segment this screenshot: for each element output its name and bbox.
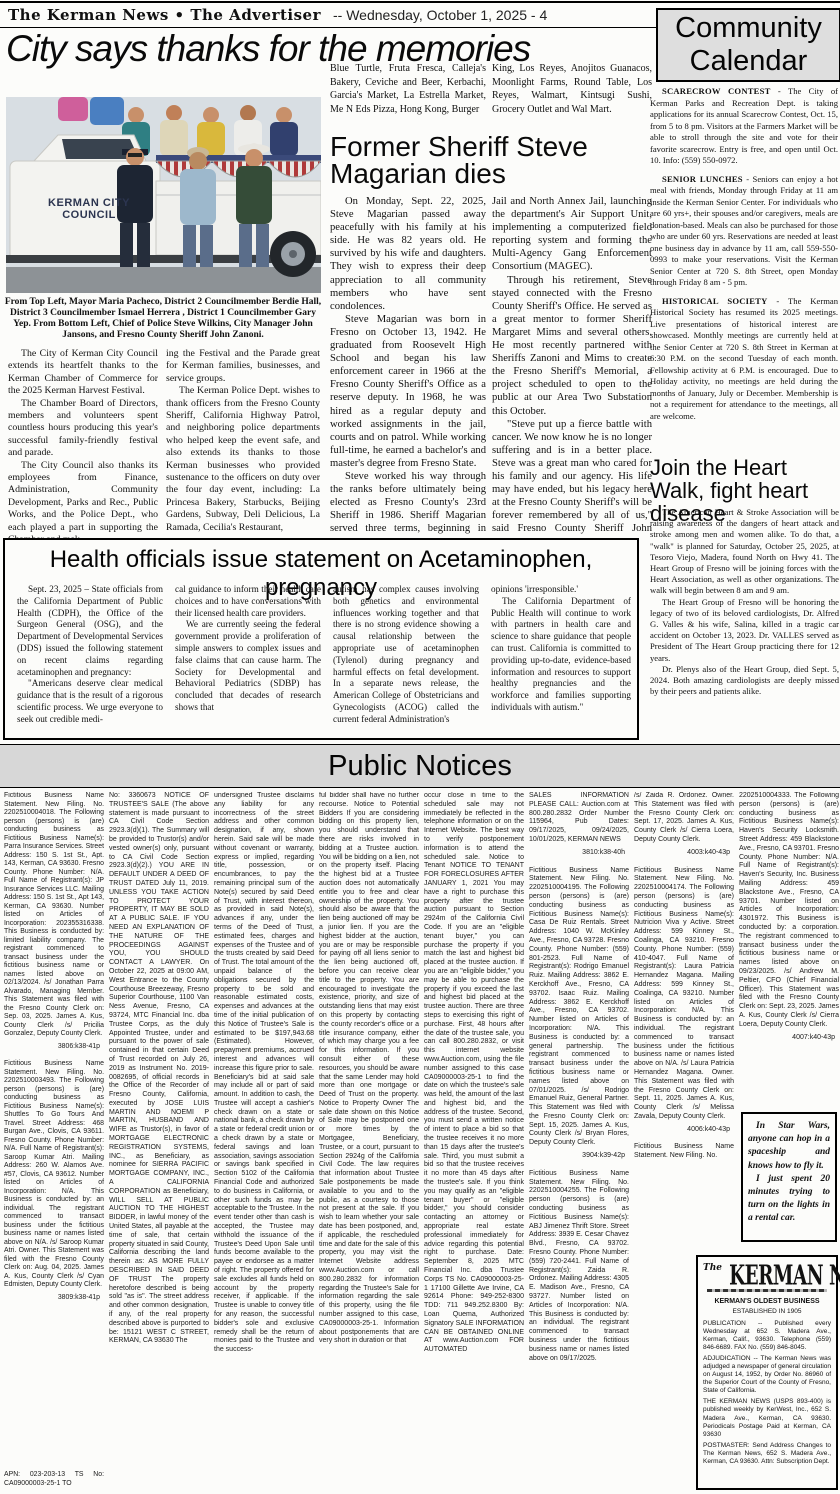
notice-fbn-shuttles: Fictitious Business Name Statement. New … bbox=[4, 1060, 104, 1302]
calendar-item-senior-lunches: SENIOR LUNCHES - Seniors can enjoy a hot… bbox=[650, 174, 838, 289]
health-article-col3: autism has complex causes involving both… bbox=[333, 584, 479, 736]
notice-fbn-abj-jimenez: Fictitious Business Name Statement. New … bbox=[529, 1170, 629, 1364]
notice-tag: 4003:k40-43p bbox=[634, 849, 730, 858]
notice-fbn-havens-security: 2202510004333. The Following person (per… bbox=[739, 792, 839, 1042]
sheriff-article-headline: Former Sheriff Steve Magarian dies bbox=[330, 133, 660, 187]
council-photo-illustration bbox=[6, 97, 321, 293]
community-calendar-box: Community Calendar bbox=[656, 8, 840, 82]
city-article-col1: The City of Kerman City Council extends … bbox=[8, 348, 158, 538]
notice-trustee-sale-end: SALES INFORMATION PLEASE CALL: Auction.c… bbox=[529, 792, 629, 858]
sheriff-article-col2: Jail and North Annex Jail, launching the… bbox=[492, 195, 652, 537]
notices-col-1: Fictitious Business Name Statement. New … bbox=[4, 792, 104, 1490]
adjudication-info: ADJUDICATION -- The Kerman News was adju… bbox=[703, 1355, 831, 1395]
kerman-news-logo: TheKERMAN NEWS bbox=[703, 1263, 831, 1287]
city-article-continuation-col1: Blue Turtle, Fruta Fresca, Calleja's Bak… bbox=[330, 62, 486, 118]
notices-col-6: SALES INFORMATION PLEASE CALL: Auction.c… bbox=[529, 792, 629, 1490]
notice-tag: 3806:k38-41p bbox=[4, 1043, 100, 1052]
sheriff-article-col1: On Monday, Sept. 22, 2025, Steve Magaria… bbox=[330, 195, 486, 537]
public-notices-bar: Public Notices bbox=[0, 744, 840, 788]
health-article-col2: cal guidance to inform their health care… bbox=[175, 584, 321, 736]
notice-fbn-abj-jimenez-end: /s/ Zaida R. Ordonez. Owner. This Statem… bbox=[634, 792, 734, 858]
notice-trustee-sale-part4: occur close in time to the scheduled sal… bbox=[424, 792, 524, 1355]
city-article-continuation-col2: King, Los Reyes, Anojitos Guanacos, Moon… bbox=[492, 62, 652, 118]
photo-caption: From Top Left, Mayor Maria Pacheco, Dist… bbox=[2, 297, 324, 341]
community-calendar-items: SCARECROW CONTEST - The City of Kerman P… bbox=[650, 86, 838, 454]
notice-fbn-casa-de-ruiz: Fictitious Business Name Statement. New … bbox=[529, 867, 629, 1161]
people-bottom-row bbox=[117, 143, 272, 267]
notice-fbn-parra: Fictitious Business Name Statement. New … bbox=[4, 792, 104, 1051]
paper-info-box: TheKERMAN NEWS KERMAN'S OLDEST BUSINESS … bbox=[696, 1255, 838, 1490]
issue-date: -- Wednesday, October 1, 2025 - 4 bbox=[333, 7, 547, 23]
notices-col-2: No: 3360673 NOTICE OF TRUSTEE'S SALE (Th… bbox=[109, 792, 209, 1490]
notice-trustee-sale-part3: ful bidder shall have no further recours… bbox=[319, 792, 419, 1346]
notices-col-4: ful bidder shall have no further recours… bbox=[319, 792, 419, 1490]
calendar-item-historical-society: HISTORICAL SOCIETY - The Kerman Historic… bbox=[650, 296, 838, 423]
notices-col-5: occur close in time to the scheduled sal… bbox=[424, 792, 524, 1490]
notice-tag: 4007:k40-43p bbox=[739, 1034, 835, 1043]
notice-tag: 4006:k40-43p bbox=[634, 1126, 730, 1135]
page-header: The Kerman News • The Advertiser -- Wedn… bbox=[8, 6, 708, 25]
community-calendar-title: Community Calendar bbox=[658, 12, 839, 78]
notice-fbn-partial: Fictitious Business Name Statement. New … bbox=[634, 1143, 734, 1161]
notice-tag: 3809:k38-41p bbox=[4, 1294, 100, 1303]
notice-tag: 3810:k38-40h bbox=[529, 849, 625, 858]
postmaster-info: POSTMASTER: Send Address Changes to The … bbox=[703, 1442, 831, 1466]
notice-trustee-sale-start: APN: 023-203-13 TS No: CA09000003-25-1 T… bbox=[4, 1471, 104, 1488]
established-line: ESTABLISHED IN 1905 bbox=[703, 1307, 831, 1316]
truck-door-sign: KERMAN CITY COUNCIL bbox=[44, 197, 134, 221]
oldest-business-line: KERMAN'S OLDEST BUSINESS bbox=[703, 1298, 831, 1307]
calendar-item-scarecrow: SCARECROW CONTEST - The City of Kerman P… bbox=[650, 86, 838, 167]
council-photo: KERMAN CITY COUNCIL bbox=[6, 97, 321, 293]
star-wars-quote-box: In Star Wars, anyone can hop in a spaces… bbox=[741, 1112, 837, 1242]
notice-trustee-sale-part1: No: 3360673 NOTICE OF TRUSTEE'S SALE (Th… bbox=[109, 792, 209, 1346]
notice-tag: 3904:k39-42p bbox=[529, 1152, 625, 1161]
heart-walk-article: The American Heart & Stroke Association … bbox=[650, 507, 839, 743]
health-article-col1: Sept. 23, 2025 – State officials from th… bbox=[17, 584, 163, 736]
publication-info: PUBLICATION -- Published every Wednesday… bbox=[703, 1320, 831, 1352]
notices-col-3: undersigned Trustee disclaims any liabil… bbox=[214, 792, 314, 1490]
public-notices-title: Public Notices bbox=[328, 750, 512, 783]
top-rule bbox=[0, 1, 840, 3]
health-article-box: Health officials issue statement on Acet… bbox=[3, 538, 639, 740]
notice-trustee-sale-part2: undersigned Trustee disclaims any liabil… bbox=[214, 792, 314, 1355]
newspaper-page: The Kerman News • The Advertiser -- Wedn… bbox=[0, 0, 840, 1494]
health-article-col4: opinions 'irresponsible.' The California… bbox=[491, 584, 631, 736]
newspaper-masthead: The Kerman News • The Advertiser bbox=[8, 6, 321, 24]
notice-fbn-nutricion: Fictitious Business Name Statement. New … bbox=[634, 867, 734, 1135]
city-article-col2: ing the Festival and the Parade great fo… bbox=[166, 348, 320, 538]
usps-info: THE KERMAN NEWS (USPS 893-400) is publis… bbox=[703, 1398, 831, 1438]
